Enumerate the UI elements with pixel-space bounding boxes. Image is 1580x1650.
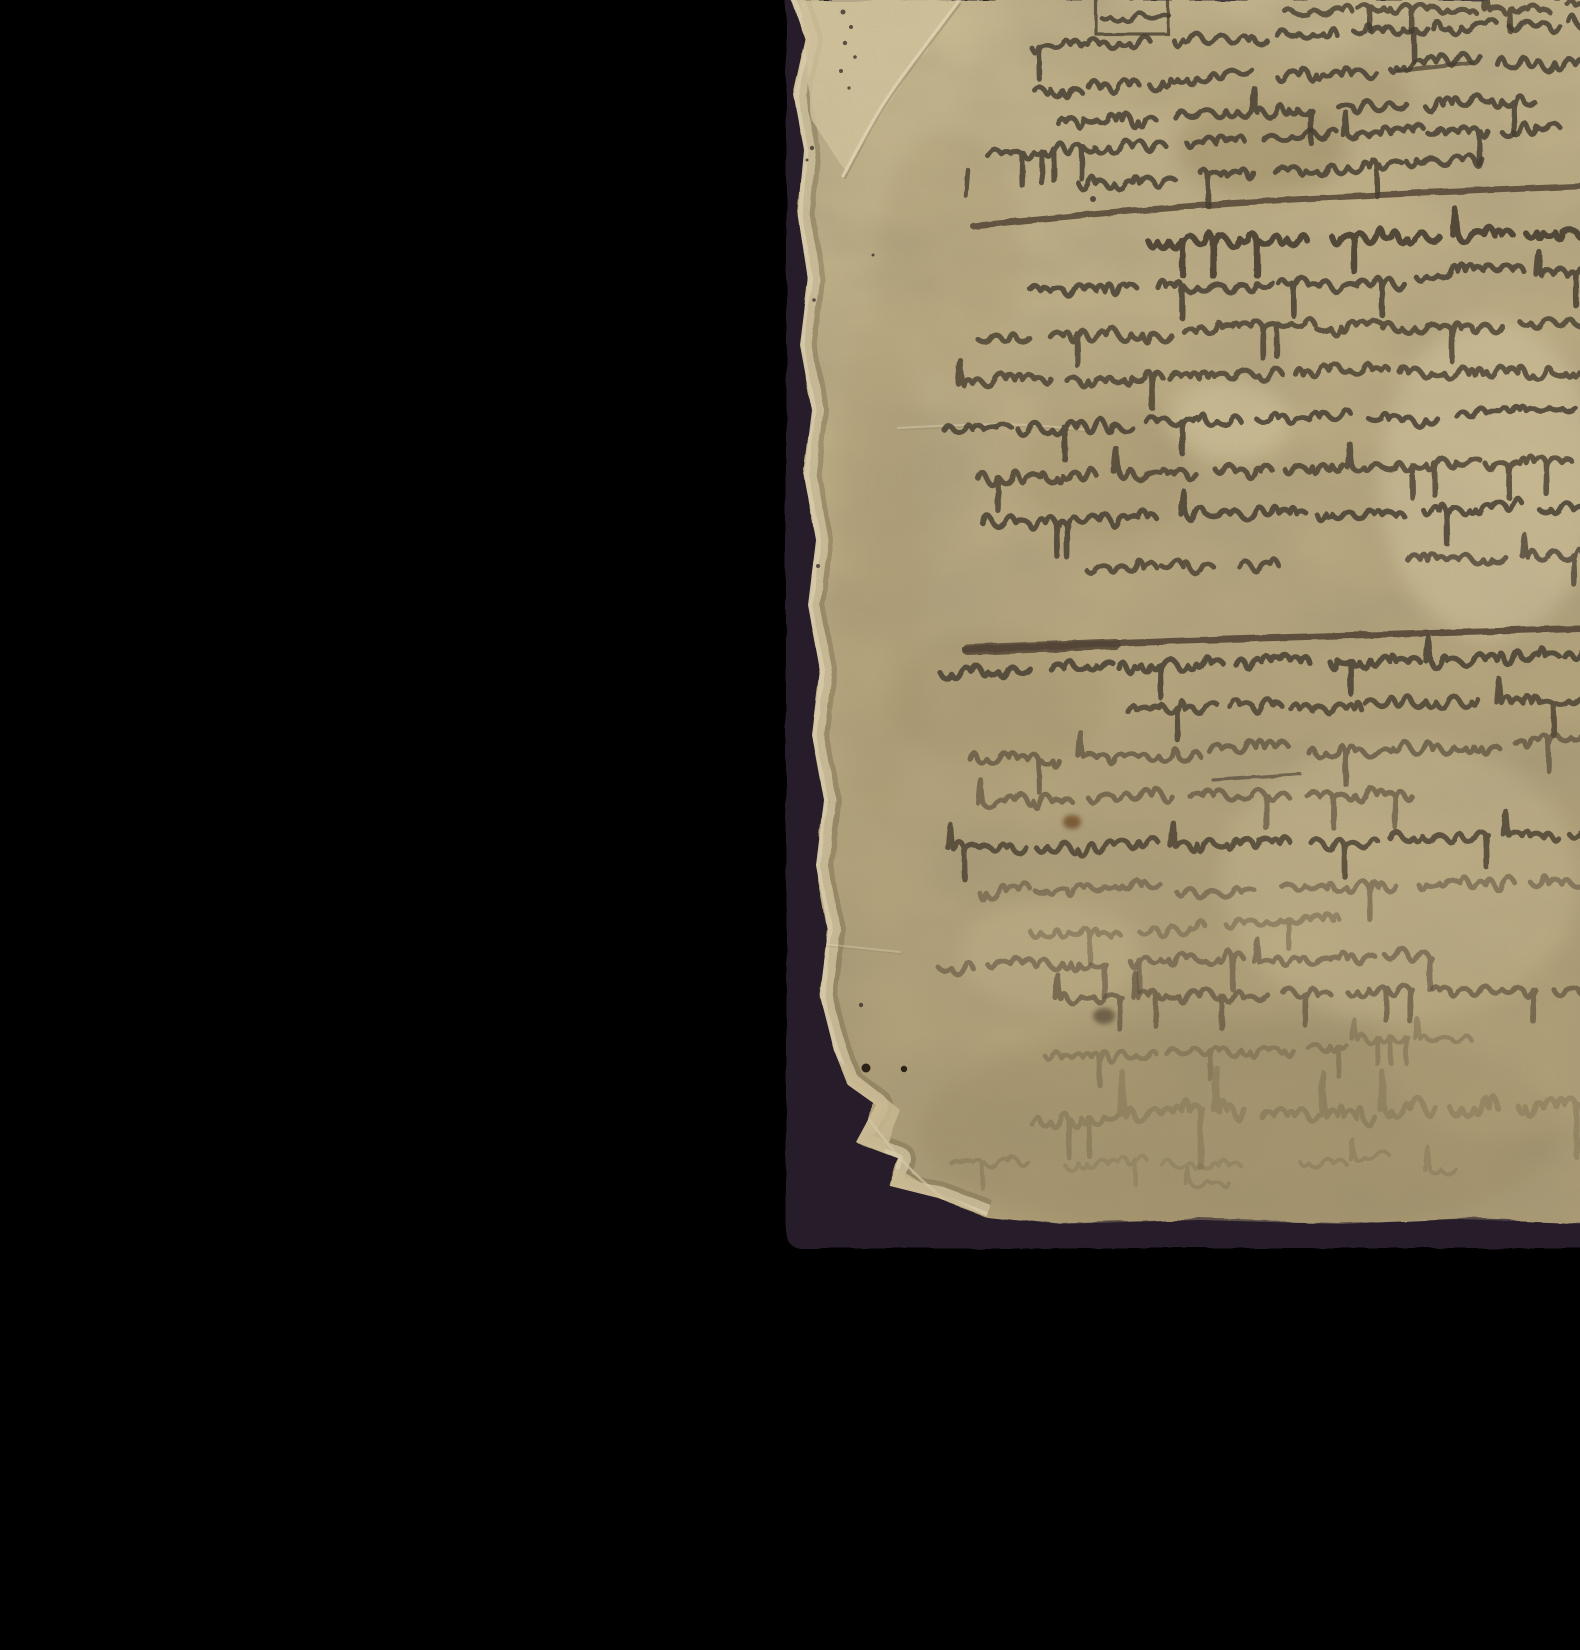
- paper-surface: [780, 0, 1580, 1260]
- manuscript-photo: [0, 0, 1580, 1650]
- manuscript-photo-svg: [0, 0, 1580, 1650]
- paper-grain: [780, 0, 1580, 1260]
- manuscript-page: [780, 0, 1580, 1260]
- screenshot-root: { "manuscript": { "alt_text": "Photograp…: [0, 0, 1580, 1650]
